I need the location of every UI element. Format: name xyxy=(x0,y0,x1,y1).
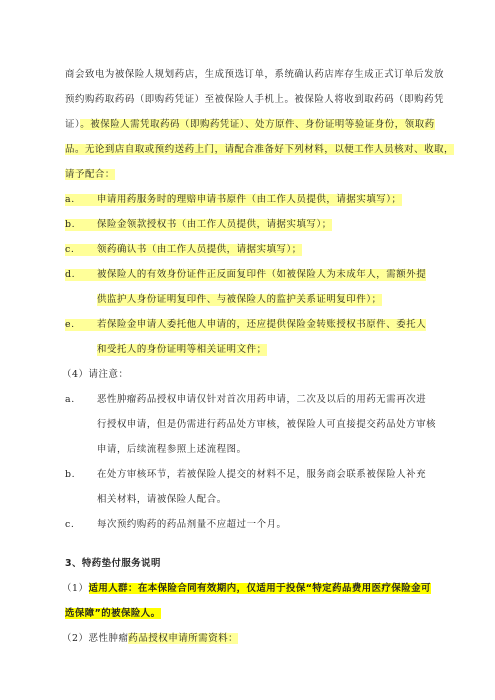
section-title: 3、特药垫付服务说明 xyxy=(65,558,161,570)
item-prefix: （1） xyxy=(62,583,89,594)
paragraph-line: 请予配合： xyxy=(65,169,115,181)
text: 证） xyxy=(65,119,80,130)
highlighted-text: 请予配合： xyxy=(65,169,115,180)
highlighted-text: 品。无论到店自取或预约送药上门，请配合准备好下列材料，以便工作人员核对、收取， xyxy=(65,144,454,155)
list-marker: a. xyxy=(65,194,97,206)
list-item: c.领药确认书（由工作人员提供，请据实填写）； xyxy=(65,244,302,256)
list-item: d.被保险人的有效身份证件正反面复印件（如被保险人为未成年人，需额外提 xyxy=(65,269,426,281)
notice-heading: （4）请注意： xyxy=(62,369,128,381)
list-item: a.恶性肿瘤药品授权申请仅针对首次用药申请，二次及以后的用药无需再次进 xyxy=(65,394,426,406)
list-marker: b. xyxy=(65,469,97,481)
highlighted-text: 。被保险人需凭取药码（即购药凭证）、处方原件、身份证明等验证身份，领取药 xyxy=(80,119,434,130)
section-item-2: （2）恶性肿瘤药品授权申请所需资料： xyxy=(62,633,238,645)
list-marker: a. xyxy=(65,394,97,406)
highlighted-text: 选保障”的被保险人。 xyxy=(65,608,161,619)
paragraph-line: 预约购药取药码（即购药凭证）至被保险人手机上。被保险人将收到取药码（即购药凭 xyxy=(65,94,444,106)
list-marker: c. xyxy=(65,244,97,256)
list-item-continuation: 申请，后续流程参照上述流程图。 xyxy=(97,444,247,456)
highlighted-text: 适用人群：在本保险合同有效期内，仅适用于投保“特定药品费用医疗保险金可 xyxy=(89,583,431,594)
list-marker: e. xyxy=(65,319,97,331)
list-text: 申请用药服务时的理赔申请书原件（由工作人员提供，请据实填写）； xyxy=(97,194,402,205)
list-item: e.若保险金申请人委托他人申请的，还应提供保险金转账授权书原件、委托人 xyxy=(65,319,426,331)
paragraph-line: 商会致电为被保险人规划药店，生成预选订单，系统确认药店库存生成正式订单后发放 xyxy=(65,69,444,81)
list-item-continuation: 供监护人身份证明复印件、与被保险人的监护关系证明复印件）； xyxy=(97,294,382,306)
list-item: a.申请用药服务时的理赔申请书原件（由工作人员提供，请据实填写）； xyxy=(65,194,402,206)
list-marker: c. xyxy=(65,519,97,531)
list-text: 领药确认书（由工作人员提供，请据实填写）； xyxy=(97,244,302,255)
list-item: c.每次预约购药的药品剂量不应超过一个月。 xyxy=(65,519,287,531)
list-item-continuation: 和受托人的身份证明等相关证明文件； xyxy=(97,344,267,356)
section-item-1: （1）适用人群：在本保险合同有效期内，仅适用于投保“特定药品费用医疗保险金可 xyxy=(62,583,431,595)
item-prefix: （2）恶性肿瘤 xyxy=(62,633,128,644)
list-text: 保险金领款授权书（由工作人员提供，请据实填写）； xyxy=(97,219,332,230)
section-item-1-continuation: 选保障”的被保险人。 xyxy=(65,608,161,620)
list-text: 若保险金申请人委托他人申请的，还应提供保险金转账授权书原件、委托人 xyxy=(97,319,426,330)
paragraph-line: 证）。被保险人需凭取药码（即购药凭证）、处方原件、身份证明等验证身份，领取药 xyxy=(65,119,435,131)
list-marker: d. xyxy=(65,269,97,281)
list-item-continuation: 相关材料，请被保险人配合。 xyxy=(97,494,227,506)
list-item: b.保险金领款授权书（由工作人员提供，请据实填写）； xyxy=(65,219,332,231)
highlighted-text: 药品授权申请所需资料： xyxy=(128,633,238,644)
list-marker: b. xyxy=(65,219,97,231)
paragraph-line: 品。无论到店自取或预约送药上门，请配合准备好下列材料，以便工作人员核对、收取， xyxy=(65,144,454,156)
list-text: 在处方审核环节，若被保险人提交的材料不足，服务商会联系被保险人补充 xyxy=(97,469,426,480)
list-text: 每次预约购药的药品剂量不应超过一个月。 xyxy=(97,519,287,530)
list-text: 恶性肿瘤药品授权申请仅针对首次用药申请，二次及以后的用药无需再次进 xyxy=(97,394,426,405)
list-item: b.在处方审核环节，若被保险人提交的材料不足，服务商会联系被保险人补充 xyxy=(65,469,426,481)
list-item-continuation: 行授权申请，但是仍需进行药品处方审核，被保险人可直接提交药品处方审核 xyxy=(97,419,436,431)
list-text: 被保险人的有效身份证件正反面复印件（如被保险人为未成年人，需额外提 xyxy=(97,269,426,280)
